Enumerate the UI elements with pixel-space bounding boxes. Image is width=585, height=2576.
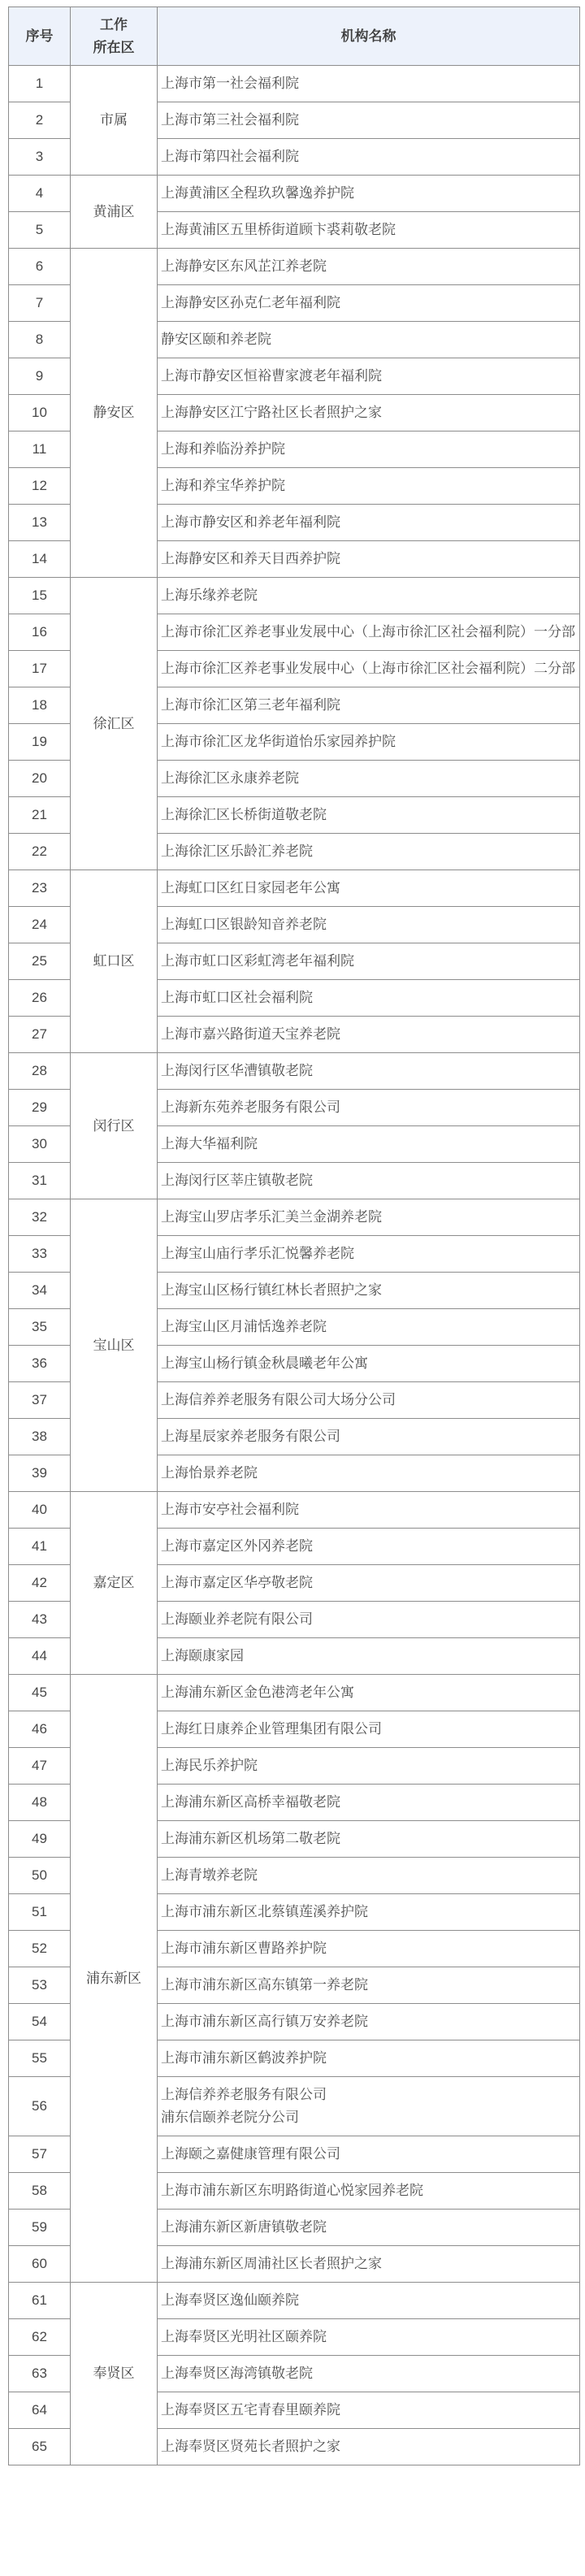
district-cell: 徐汇区 — [71, 578, 158, 870]
serial-number-cell: 61 — [9, 2283, 71, 2319]
institution-name-cell: 上海宝山杨行镇金秋晨曦老年公寓 — [158, 1346, 580, 1382]
serial-number-cell: 54 — [9, 2004, 71, 2040]
serial-number-cell: 48 — [9, 1785, 71, 1821]
serial-number-cell: 52 — [9, 1931, 71, 1967]
institution-name-cell: 上海市第四社会福利院 — [158, 139, 580, 176]
serial-number-cell: 37 — [9, 1382, 71, 1419]
institution-name-cell: 上海奉贤区逸仙颐养院 — [158, 2283, 580, 2319]
serial-number-cell: 46 — [9, 1711, 71, 1748]
institution-name-cell: 上海徐汇区永康养老院 — [158, 761, 580, 797]
serial-number-cell: 30 — [9, 1126, 71, 1163]
institution-name-cell: 上海浦东新区高桥幸福敬老院 — [158, 1785, 580, 1821]
institution-name-cell: 上海静安区孙克仁老年福利院 — [158, 285, 580, 322]
district-cell: 宝山区 — [71, 1199, 158, 1492]
institution-name-cell: 上海虹口区红日家园老年公寓 — [158, 870, 580, 907]
institution-name-cell: 上海徐汇区乐龄汇养老院 — [158, 834, 580, 870]
institution-name-cell: 上海市徐汇区龙华街道怡乐家园养护院 — [158, 724, 580, 761]
serial-number-cell: 31 — [9, 1163, 71, 1199]
serial-number-cell: 29 — [9, 1090, 71, 1126]
institution-name-cell: 上海市虹口区社会福利院 — [158, 980, 580, 1017]
serial-number-cell: 2 — [9, 102, 71, 139]
serial-number-cell: 47 — [9, 1748, 71, 1785]
table-row: 1市属上海市第一社会福利院 — [9, 66, 580, 102]
institution-name-cell: 上海市安亭社会福利院 — [158, 1492, 580, 1529]
institution-name-cell: 上海大华福利院 — [158, 1126, 580, 1163]
serial-number-cell: 6 — [9, 249, 71, 285]
serial-number-cell: 43 — [9, 1602, 71, 1638]
institution-name-cell: 上海和养临汾养护院 — [158, 432, 580, 468]
serial-number-cell: 18 — [9, 687, 71, 724]
table-row: 45浦东新区上海浦东新区金色港湾老年公寓 — [9, 1675, 580, 1711]
institution-name-cell: 上海信养养老服务有限公司 浦东信颐养老院分公司 — [158, 2077, 580, 2136]
serial-number-cell: 36 — [9, 1346, 71, 1382]
table-header-row: 序号 工作 所在区 机构名称 — [9, 7, 580, 66]
serial-number-cell: 5 — [9, 212, 71, 249]
institution-name-cell: 上海市嘉定区外冈养老院 — [158, 1529, 580, 1565]
serial-number-cell: 40 — [9, 1492, 71, 1529]
table-header: 序号 工作 所在区 机构名称 — [9, 7, 580, 66]
serial-number-cell: 21 — [9, 797, 71, 834]
serial-number-cell: 56 — [9, 2077, 71, 2136]
institution-name-cell: 上海市静安区和养老年福利院 — [158, 505, 580, 541]
institution-name-cell: 上海徐汇区长桥街道敬老院 — [158, 797, 580, 834]
institution-name-cell: 上海民乐养护院 — [158, 1748, 580, 1785]
serial-number-cell: 41 — [9, 1529, 71, 1565]
table-row: 15徐汇区上海乐缘养老院 — [9, 578, 580, 614]
serial-number-cell: 60 — [9, 2246, 71, 2283]
institution-name-cell: 上海奉贤区海湾镇敬老院 — [158, 2356, 580, 2392]
institution-name-cell: 静安区颐和养老院 — [158, 322, 580, 358]
institutions-table-wrapper: 序号 工作 所在区 机构名称 1市属上海市第一社会福利院2上海市第三社会福利院3… — [0, 0, 585, 2465]
table-body: 1市属上海市第一社会福利院2上海市第三社会福利院3上海市第四社会福利院4黄浦区上… — [9, 66, 580, 2465]
serial-number-cell: 53 — [9, 1967, 71, 2004]
district-cell: 市属 — [71, 66, 158, 176]
institution-name-cell: 上海红日康养企业管理集团有限公司 — [158, 1711, 580, 1748]
table-row: 4黄浦区上海黄浦区全程玖玖馨逸养护院 — [9, 176, 580, 212]
serial-number-cell: 45 — [9, 1675, 71, 1711]
serial-number-cell: 33 — [9, 1236, 71, 1273]
serial-number-cell: 38 — [9, 1419, 71, 1455]
serial-number-cell: 27 — [9, 1017, 71, 1053]
institution-name-cell: 上海颐之嘉健康管理有限公司 — [158, 2136, 580, 2173]
institution-name-cell: 上海奉贤区光明社区颐养院 — [158, 2319, 580, 2356]
serial-number-cell: 49 — [9, 1821, 71, 1858]
district-cell: 黄浦区 — [71, 176, 158, 249]
institution-name-cell: 上海奉贤区贤苑长者照护之家 — [158, 2429, 580, 2465]
institution-name-cell: 上海市虹口区彩虹湾老年福利院 — [158, 943, 580, 980]
table-row: 6静安区上海静安区东风芷江养老院 — [9, 249, 580, 285]
institution-name-cell: 上海乐缘养老院 — [158, 578, 580, 614]
serial-number-cell: 28 — [9, 1053, 71, 1090]
serial-number-cell: 32 — [9, 1199, 71, 1236]
institution-name-cell: 上海黄浦区全程玖玖馨逸养护院 — [158, 176, 580, 212]
institution-name-cell: 上海浦东新区周浦社区长者照护之家 — [158, 2246, 580, 2283]
district-cell: 浦东新区 — [71, 1675, 158, 2283]
serial-number-cell: 62 — [9, 2319, 71, 2356]
serial-number-cell: 15 — [9, 578, 71, 614]
serial-number-cell: 14 — [9, 541, 71, 578]
serial-number-cell: 16 — [9, 614, 71, 651]
serial-number-cell: 10 — [9, 395, 71, 432]
table-row: 23虹口区上海虹口区红日家园老年公寓 — [9, 870, 580, 907]
institution-name-cell: 上海静安区和养天目西养护院 — [158, 541, 580, 578]
serial-number-cell: 34 — [9, 1273, 71, 1309]
institution-name-cell: 上海市徐汇区养老事业发展中心（上海市徐汇区社会福利院）一分部 — [158, 614, 580, 651]
institution-name-cell: 上海市徐汇区第三老年福利院 — [158, 687, 580, 724]
serial-number-cell: 7 — [9, 285, 71, 322]
serial-number-cell: 57 — [9, 2136, 71, 2173]
serial-number-cell: 22 — [9, 834, 71, 870]
institution-name-cell: 上海静安区江宁路社区长者照护之家 — [158, 395, 580, 432]
institution-name-cell: 上海宝山庙行孝乐汇悦馨养老院 — [158, 1236, 580, 1273]
institution-name-cell: 上海新东苑养老服务有限公司 — [158, 1090, 580, 1126]
serial-number-cell: 59 — [9, 2210, 71, 2246]
institution-name-cell: 上海颐康家园 — [158, 1638, 580, 1675]
serial-number-cell: 4 — [9, 176, 71, 212]
serial-number-cell: 9 — [9, 358, 71, 395]
institution-name-cell: 上海星辰家养老服务有限公司 — [158, 1419, 580, 1455]
serial-number-cell: 65 — [9, 2429, 71, 2465]
header-work-district: 工作 所在区 — [71, 7, 158, 66]
serial-number-cell: 24 — [9, 907, 71, 943]
district-cell: 嘉定区 — [71, 1492, 158, 1675]
serial-number-cell: 26 — [9, 980, 71, 1017]
serial-number-cell: 25 — [9, 943, 71, 980]
institution-name-cell: 上海市嘉兴路街道天宝养老院 — [158, 1017, 580, 1053]
serial-number-cell: 55 — [9, 2040, 71, 2077]
table-row: 61奉贤区上海奉贤区逸仙颐养院 — [9, 2283, 580, 2319]
institution-name-cell: 上海浦东新区新唐镇敬老院 — [158, 2210, 580, 2246]
institution-name-cell: 上海宝山区杨行镇红林长者照护之家 — [158, 1273, 580, 1309]
institution-name-cell: 上海市浦东新区高东镇第一养老院 — [158, 1967, 580, 2004]
table-row: 32宝山区上海宝山罗店孝乐汇美兰金湖养老院 — [9, 1199, 580, 1236]
institution-name-cell: 上海市浦东新区东明路街道心悦家园养老院 — [158, 2173, 580, 2210]
institution-name-cell: 上海奉贤区五宅青春里颐养院 — [158, 2392, 580, 2429]
institution-name-cell: 上海闵行区华漕镇敬老院 — [158, 1053, 580, 1090]
institution-name-cell: 上海颐业养老院有限公司 — [158, 1602, 580, 1638]
institution-name-cell: 上海市第三社会福利院 — [158, 102, 580, 139]
serial-number-cell: 19 — [9, 724, 71, 761]
serial-number-cell: 63 — [9, 2356, 71, 2392]
institutions-table: 序号 工作 所在区 机构名称 1市属上海市第一社会福利院2上海市第三社会福利院3… — [8, 7, 580, 2465]
serial-number-cell: 20 — [9, 761, 71, 797]
institution-name-cell: 上海市嘉定区华亭敬老院 — [158, 1565, 580, 1602]
district-cell: 闵行区 — [71, 1053, 158, 1199]
institution-name-cell: 上海市浦东新区高行镇万安养老院 — [158, 2004, 580, 2040]
serial-number-cell: 8 — [9, 322, 71, 358]
table-row: 28闵行区上海闵行区华漕镇敬老院 — [9, 1053, 580, 1090]
serial-number-cell: 23 — [9, 870, 71, 907]
institution-name-cell: 上海市浦东新区曹路养护院 — [158, 1931, 580, 1967]
institution-name-cell: 上海和养宝华养护院 — [158, 468, 580, 505]
institution-name-cell: 上海虹口区银龄知音养老院 — [158, 907, 580, 943]
institution-name-cell: 上海黄浦区五里桥街道顾卞裘莉敬老院 — [158, 212, 580, 249]
serial-number-cell: 39 — [9, 1455, 71, 1492]
institution-name-cell: 上海市静安区恒裕曹家渡老年福利院 — [158, 358, 580, 395]
serial-number-cell: 17 — [9, 651, 71, 687]
institution-name-cell: 上海浦东新区金色港湾老年公寓 — [158, 1675, 580, 1711]
institution-name-cell: 上海宝山罗店孝乐汇美兰金湖养老院 — [158, 1199, 580, 1236]
institution-name-cell: 上海闵行区莘庄镇敬老院 — [158, 1163, 580, 1199]
institution-name-cell: 上海市浦东新区鹤波养护院 — [158, 2040, 580, 2077]
institution-name-cell: 上海宝山区月浦恬逸养老院 — [158, 1309, 580, 1346]
serial-number-cell: 58 — [9, 2173, 71, 2210]
header-serial-number: 序号 — [9, 7, 71, 66]
table-row: 40嘉定区上海市安亭社会福利院 — [9, 1492, 580, 1529]
serial-number-cell: 50 — [9, 1858, 71, 1894]
serial-number-cell: 51 — [9, 1894, 71, 1931]
serial-number-cell: 64 — [9, 2392, 71, 2429]
institution-name-cell: 上海市浦东新区北蔡镇莲溪养护院 — [158, 1894, 580, 1931]
institution-name-cell: 上海怡景养老院 — [158, 1455, 580, 1492]
serial-number-cell: 12 — [9, 468, 71, 505]
serial-number-cell: 11 — [9, 432, 71, 468]
institution-name-cell: 上海静安区东风芷江养老院 — [158, 249, 580, 285]
serial-number-cell: 3 — [9, 139, 71, 176]
serial-number-cell: 44 — [9, 1638, 71, 1675]
institution-name-cell: 上海浦东新区机场第二敬老院 — [158, 1821, 580, 1858]
header-institution-name: 机构名称 — [158, 7, 580, 66]
district-cell: 静安区 — [71, 249, 158, 578]
institution-name-cell: 上海信养养老服务有限公司大场分公司 — [158, 1382, 580, 1419]
institution-name-cell: 上海市第一社会福利院 — [158, 66, 580, 102]
serial-number-cell: 42 — [9, 1565, 71, 1602]
institution-name-cell: 上海市徐汇区养老事业发展中心（上海市徐汇区社会福利院）二分部 — [158, 651, 580, 687]
institution-name-cell: 上海青墩养老院 — [158, 1858, 580, 1894]
district-cell: 虹口区 — [71, 870, 158, 1053]
district-cell: 奉贤区 — [71, 2283, 158, 2465]
serial-number-cell: 35 — [9, 1309, 71, 1346]
serial-number-cell: 13 — [9, 505, 71, 541]
serial-number-cell: 1 — [9, 66, 71, 102]
